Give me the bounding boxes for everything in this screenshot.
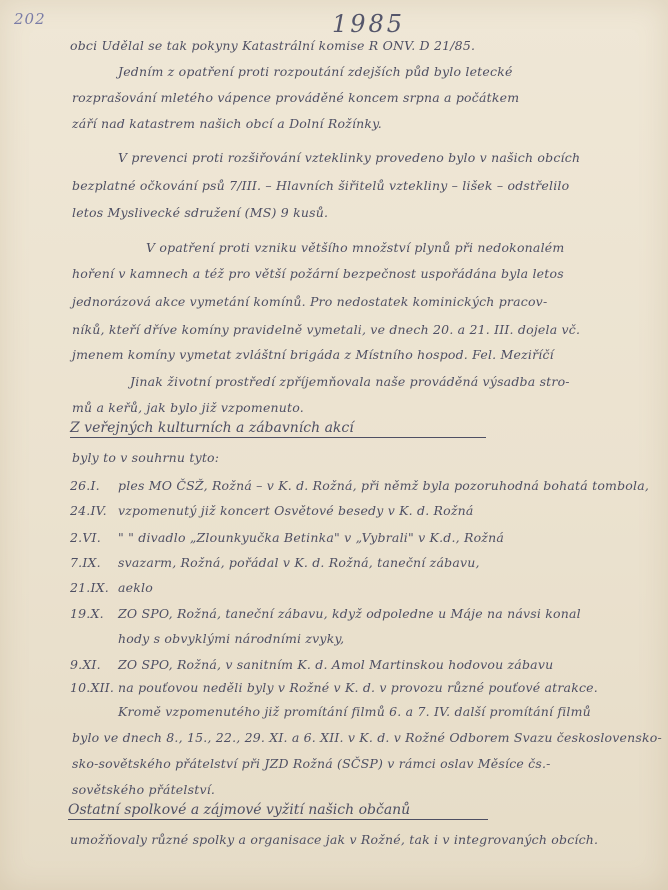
text-line: Jedním z opatření proti rozpoutání zdejš… bbox=[118, 64, 513, 79]
document-page: 202 1985 obci Udělal se tak pokyny Katas… bbox=[0, 0, 668, 890]
event-text: ples MO ČSŽ, Rožná – v K. d. Rožná, při … bbox=[118, 478, 649, 493]
text-line: letos Myslivecké sdružení (MS) 9 kusů. bbox=[72, 205, 328, 220]
text-line: umožňovaly různé spolky a organisace jak… bbox=[70, 832, 598, 847]
section-heading-cultural-events: Z veřejných kulturních a zábavních akcí bbox=[70, 420, 486, 438]
text-line: září nad katastrem našich obcí a Dolní R… bbox=[72, 116, 382, 131]
event-row: 2.VI." " divadlo „Zlounkyučka Betinka" v… bbox=[70, 530, 504, 545]
event-date: 19.X. bbox=[70, 606, 118, 621]
text-line: obci Udělal se tak pokyny Katastrální ko… bbox=[70, 38, 475, 53]
event-date: 26.I. bbox=[70, 478, 118, 493]
event-text: aeklo bbox=[118, 580, 153, 595]
text-line: jednorázová akce vymetání komínů. Pro ne… bbox=[72, 294, 547, 309]
event-row: 7.IX.svazarm, Rožná, pořádal v K. d. Rož… bbox=[70, 555, 480, 570]
text-line: rozprašování mletého vápence prováděné k… bbox=[72, 90, 519, 105]
event-date: 10.XII. bbox=[70, 680, 118, 695]
event-text: na pouťovou neděli byly v Rožné v K. d. … bbox=[118, 680, 598, 695]
text-line: bylo ve dnech 8., 15., 22., 29. XI. a 6.… bbox=[72, 730, 662, 745]
event-date: 21.IX. bbox=[70, 580, 118, 595]
event-row: 21.IX.aeklo bbox=[70, 580, 153, 595]
text-line: mů a keřů, jak bylo již vzpomenuto. bbox=[72, 400, 304, 415]
event-text: svazarm, Rožná, pořádal v K. d. Rožná, t… bbox=[118, 555, 480, 570]
year-heading: 1985 bbox=[332, 10, 405, 38]
event-row: hody s obvyklými národními zvyky, bbox=[70, 631, 344, 646]
text-line: Jinak životní prostředí zpříjemňovala na… bbox=[130, 374, 570, 389]
text-line: hoření v kamnech a též pro větší požární… bbox=[72, 266, 564, 281]
event-text: ZO SPO, Rožná, taneční zábavu, když odpo… bbox=[118, 606, 581, 621]
page-number: 202 bbox=[14, 10, 46, 28]
event-row: 24.IV.vzpomenutý již koncert Osvětové be… bbox=[70, 503, 474, 518]
text-line: V opatření proti vzniku většího množství… bbox=[146, 240, 564, 255]
text-line: Kromě vzpomenutého již promítání filmů 6… bbox=[118, 704, 591, 719]
text-line: byly to v souhrnu tyto: bbox=[72, 450, 219, 465]
event-text: " " divadlo „Zlounkyučka Betinka" v „Vyb… bbox=[118, 530, 504, 545]
section-heading-civic-activities: Ostatní spolkové a zájmové vyžití našich… bbox=[68, 802, 488, 820]
text-line: sko-sovětského přátelství při JZD Rožná … bbox=[72, 756, 551, 771]
event-text: hody s obvyklými národními zvyky, bbox=[118, 631, 344, 646]
text-line: sovětského přátelství. bbox=[72, 782, 215, 797]
event-text: ZO SPO, Rožná, v sanitním K. d. Amol Mar… bbox=[118, 657, 553, 672]
event-row: 10.XII.na pouťovou neděli byly v Rožné v… bbox=[70, 680, 598, 695]
text-line: bezplatné očkování psů 7/III. – Hlavních… bbox=[72, 178, 569, 193]
event-row: 19.X.ZO SPO, Rožná, taneční zábavu, když… bbox=[70, 606, 581, 621]
event-row: 26.I.ples MO ČSŽ, Rožná – v K. d. Rožná,… bbox=[70, 478, 649, 493]
text-line: níků, kteří dříve komíny pravidelně vyme… bbox=[72, 322, 580, 337]
event-date: 24.IV. bbox=[70, 503, 118, 518]
event-text: vzpomenutý již koncert Osvětové besedy v… bbox=[118, 503, 474, 518]
text-line: V prevenci proti rozšiřování vzteklinky … bbox=[118, 150, 580, 165]
text-line: jmenem komíny vymetat zvláštní brigáda z… bbox=[72, 347, 554, 362]
event-date: 9.XI. bbox=[70, 657, 118, 672]
event-date: 2.VI. bbox=[70, 530, 118, 545]
event-row: 9.XI.ZO SPO, Rožná, v sanitním K. d. Amo… bbox=[70, 657, 553, 672]
event-date: 7.IX. bbox=[70, 555, 118, 570]
